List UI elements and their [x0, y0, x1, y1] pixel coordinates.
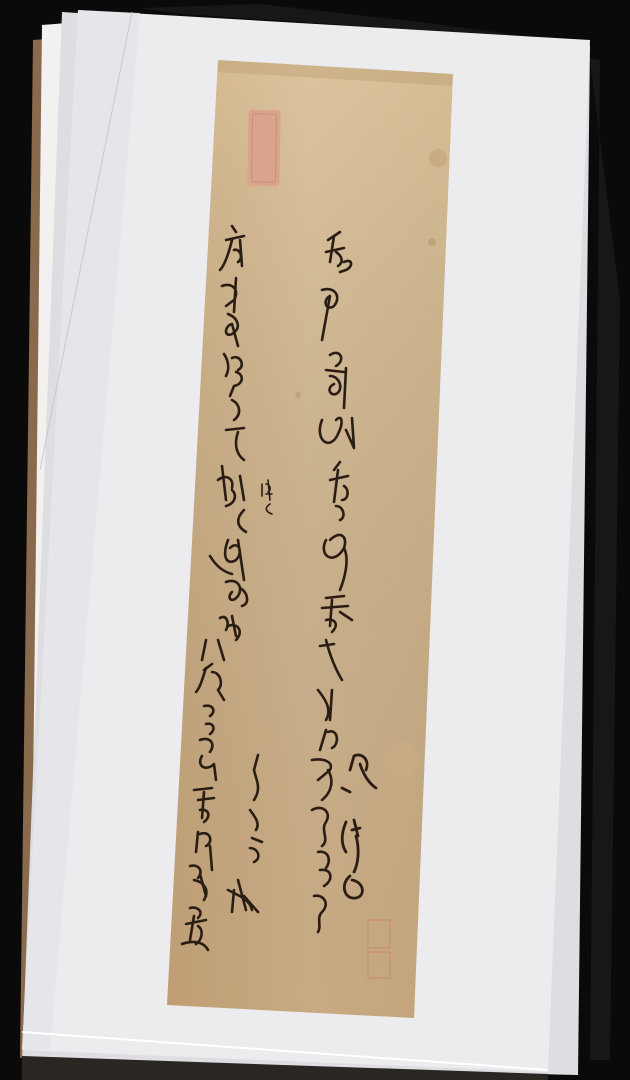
paper-stain: [429, 149, 447, 167]
photo-scene: [0, 0, 630, 1080]
